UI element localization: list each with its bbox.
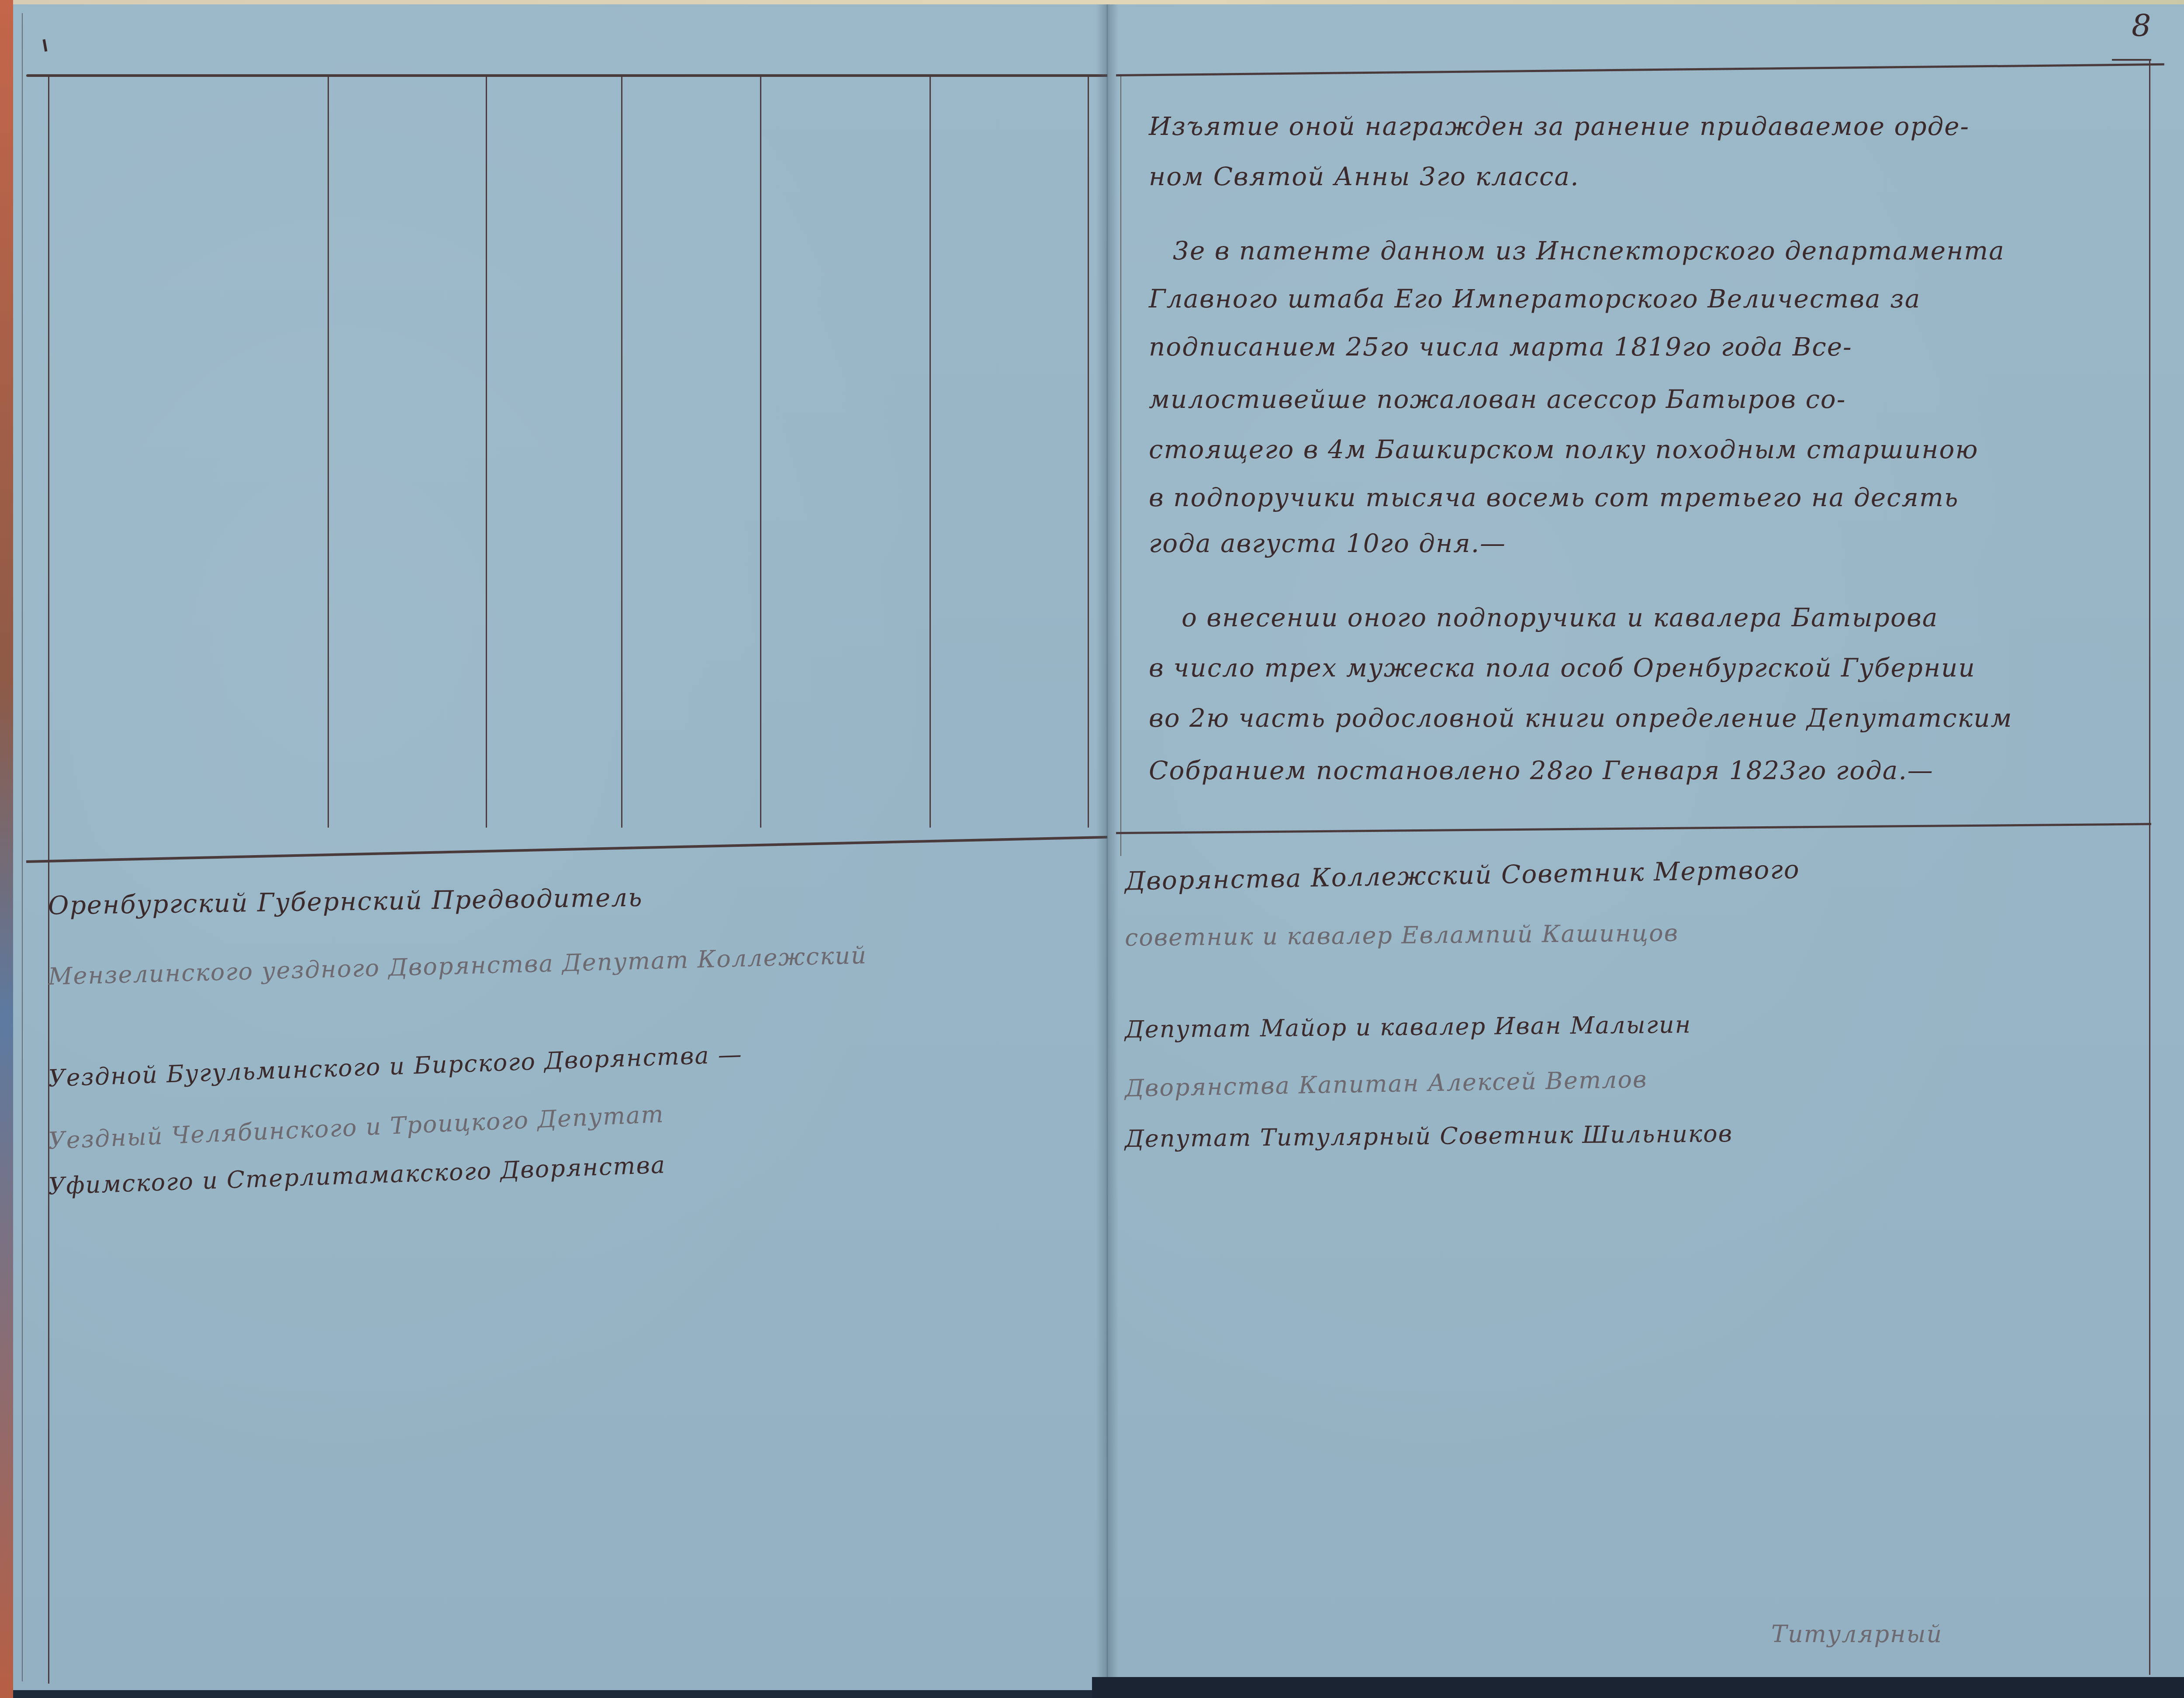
signature-line: Уездный Челябинского и Троицкого Депутат bbox=[48, 1100, 664, 1154]
signature-line: советник и кавалер Евлампий Кашинцов bbox=[1125, 919, 1679, 951]
page-number: 8 bbox=[2132, 8, 2151, 44]
signature-line: Депутат Титулярный Советник Шильников bbox=[1125, 1120, 1733, 1153]
footer-note: Титулярный bbox=[1771, 1620, 1942, 1648]
book-gutter bbox=[1096, 4, 1118, 1690]
signature-line: Уездной Бугульминского и Бирского Дворян… bbox=[48, 1040, 743, 1092]
signature-line: Дворянства Капитан Алексей Ветлов bbox=[1125, 1066, 1648, 1102]
entry-line: 3е в патенте данном из Инспекторского де… bbox=[1173, 236, 2005, 266]
table-column-line bbox=[48, 76, 49, 1684]
table-column-line bbox=[1088, 76, 1089, 828]
entry-line: в число трех мужеска пола особ Оренбургс… bbox=[1149, 653, 1976, 683]
entry-line: года августа 10го дня.— bbox=[1149, 528, 1506, 558]
page-corner-rule bbox=[2112, 59, 2151, 61]
background-surface bbox=[1092, 1677, 2184, 1698]
table-column-line bbox=[486, 76, 487, 828]
entry-line: во 2ю часть родословной книги определени… bbox=[1149, 703, 2013, 733]
margin-line bbox=[2149, 59, 2150, 1675]
entry-line: милостивейше пожалован асессор Батыров с… bbox=[1149, 384, 1846, 414]
document-spread: Оренбургский Губернский Предводитель Мен… bbox=[0, 0, 2184, 1698]
entry-line: ном Святой Анны 3го класса. bbox=[1149, 162, 1579, 191]
signature-line: Дворянства Коллежский Советник Мертвого bbox=[1125, 855, 1800, 896]
margin-line bbox=[22, 13, 23, 1681]
right-page: Изъятие оной награжден за ранение придав… bbox=[1107, 4, 2184, 1690]
table-column-line bbox=[328, 76, 329, 828]
table-column-line bbox=[621, 76, 622, 828]
entry-line: Собранием постановлено 28го Генваря 1823… bbox=[1149, 756, 1934, 785]
ink-mark bbox=[43, 39, 48, 52]
table-column-line bbox=[930, 76, 931, 828]
entry-line: подписанием 25го числа марта 1819го года… bbox=[1149, 332, 1852, 362]
entry-line: Изъятие оной награжден за ранение придав… bbox=[1149, 111, 1970, 141]
left-page: Оренбургский Губернский Предводитель Мен… bbox=[13, 4, 1108, 1690]
signature-line: Оренбургский Губернский Предводитель bbox=[48, 882, 643, 920]
entry-line: стоящего в 4м Башкирском полку походным … bbox=[1149, 435, 1979, 464]
table-column-line bbox=[760, 76, 761, 828]
entry-bottom-rule bbox=[1116, 823, 2151, 834]
table-column-line bbox=[1120, 74, 1121, 856]
entry-line: о внесении оного подпоручика и кавалера … bbox=[1182, 603, 1938, 632]
book-cover-left-edge bbox=[0, 0, 13, 1698]
signature-line: Уфимского и Стерлитамакского Дворянства bbox=[48, 1151, 666, 1200]
table-bottom-rule bbox=[26, 836, 1109, 863]
entry-line: Главного штаба Его Императорского Величе… bbox=[1149, 284, 1921, 314]
signature-line: Депутат Майор и кавалер Иван Малыгин bbox=[1125, 1011, 1692, 1043]
signature-line: Мензелинского уездного Дворянства Депута… bbox=[48, 941, 867, 990]
entry-top-rule bbox=[1116, 63, 2164, 76]
entry-line: в подпоручики тысяча восемь сот третьего… bbox=[1149, 483, 1959, 512]
table-top-rule bbox=[26, 74, 1109, 77]
